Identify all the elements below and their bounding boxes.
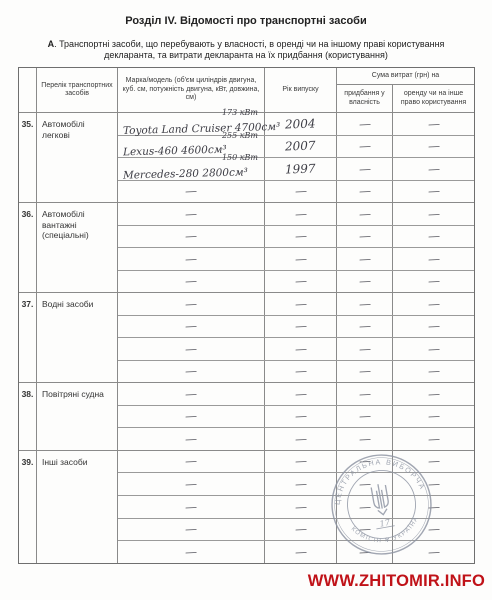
- page-title: Розділ IV. Відомості про транспортні зас…: [0, 15, 492, 27]
- year-handwritten: —: [294, 386, 307, 401]
- year-handwritten: —: [294, 454, 307, 469]
- row-number: 35.: [19, 113, 37, 202]
- model-handwritten: —: [185, 229, 198, 244]
- year-cell: —: [265, 181, 337, 203]
- cost-rent-handwritten: —: [427, 116, 440, 131]
- year-handwritten: —: [294, 251, 307, 266]
- model-handwritten: —: [185, 431, 198, 446]
- cost-ownership-cell: —: [337, 406, 393, 428]
- cost-ownership-handwritten: —: [358, 341, 371, 356]
- year-handwritten: —: [294, 477, 307, 492]
- cost-rent-cell: —: [393, 383, 474, 405]
- model-cell: —: [118, 203, 265, 225]
- year-cell: —: [265, 248, 337, 270]
- cost-ownership-cell: —: [337, 181, 393, 203]
- cost-rent-cell: —: [393, 338, 474, 360]
- cost-rent-handwritten: —: [427, 341, 440, 356]
- table-section: 36.Автомобілі вантажні (спеціальні)—————…: [19, 203, 474, 293]
- model-cell: —: [118, 338, 265, 360]
- vehicle-row: ————: [118, 338, 474, 361]
- year-cell: —: [265, 203, 337, 225]
- table-header: Перелік транспортних засобів Марка/модел…: [19, 68, 474, 113]
- model-cell: —: [118, 181, 265, 203]
- vehicle-row: ————: [118, 181, 474, 203]
- model-handwritten: —: [185, 274, 198, 289]
- model-cell: —: [118, 293, 265, 315]
- vehicle-category-label: Водні засоби: [37, 293, 118, 382]
- scanned-declaration-page: { "page": { "title": "Розділ IV. Відомос…: [0, 0, 492, 600]
- cost-ownership-cell: —: [337, 293, 393, 315]
- year-cell: —: [265, 361, 337, 383]
- subtitle-text: . Транспортні засоби, що перебувають у в…: [54, 39, 444, 60]
- model-handwritten: —: [185, 341, 198, 356]
- table-section: 38.Повітряні судна————————————: [19, 383, 474, 451]
- cost-rent-cell: —: [393, 158, 474, 180]
- cost-rent-cell: —: [393, 136, 474, 158]
- row-number: 38.: [19, 383, 37, 450]
- model-cell: —: [118, 226, 265, 248]
- cost-rent-handwritten: —: [427, 319, 440, 334]
- year-cell: —: [265, 406, 337, 428]
- year-handwritten: —: [294, 499, 307, 514]
- model-handwritten: —: [185, 477, 198, 492]
- stamp-number: 17: [379, 517, 392, 529]
- model-handwritten: —: [185, 454, 198, 469]
- model-cell: —: [118, 406, 265, 428]
- year-handwritten: 2004: [285, 116, 316, 131]
- model-cell: —: [118, 496, 265, 518]
- cost-ownership-handwritten: —: [358, 386, 371, 401]
- header-year: Рік випуску: [265, 68, 337, 112]
- cost-ownership-cell: —: [337, 248, 393, 270]
- site-watermark: WWW.ZHITOMIR.INFO: [308, 572, 485, 591]
- year-handwritten: —: [294, 296, 307, 311]
- model-handwritten: —: [185, 364, 198, 379]
- year-cell: 2007: [265, 136, 337, 158]
- cost-ownership-handwritten: —: [358, 206, 371, 221]
- cost-rent-handwritten: —: [427, 454, 440, 469]
- model-handwritten: —: [185, 522, 198, 537]
- year-handwritten: —: [294, 184, 307, 199]
- cost-rent-handwritten: —: [427, 409, 440, 424]
- cost-rent-handwritten: —: [427, 206, 440, 221]
- year-cell: —: [265, 271, 337, 293]
- year-handwritten: —: [294, 319, 307, 334]
- model-cell: —: [118, 271, 265, 293]
- cost-ownership-cell: —: [337, 361, 393, 383]
- header-sum-rent: оренду чи на інше право користування: [393, 85, 474, 112]
- year-cell: —: [265, 226, 337, 248]
- cost-ownership-handwritten: —: [358, 184, 371, 199]
- model-cell: —: [118, 361, 265, 383]
- model-handwritten: —: [185, 184, 198, 199]
- cost-rent-cell: —: [393, 226, 474, 248]
- cost-ownership-handwritten: —: [358, 296, 371, 311]
- official-round-stamp: ЦЕНТРАЛЬНА ВИБОРЧА КОМІСІЯ ✻ УКРАЇНА 17: [322, 445, 441, 564]
- cost-rent-cell: —: [393, 428, 474, 450]
- model-handwritten: —: [185, 206, 198, 221]
- cost-ownership-cell: —: [337, 113, 393, 135]
- vehicle-row: ————: [118, 406, 474, 429]
- cost-rent-handwritten: —: [427, 364, 440, 379]
- header-number-col: [19, 68, 37, 112]
- vehicle-category-label: Автомобілі вантажні (спеціальні): [37, 203, 118, 292]
- year-handwritten: —: [294, 229, 307, 244]
- cost-ownership-cell: —: [337, 271, 393, 293]
- cost-rent-handwritten: —: [427, 431, 440, 446]
- cost-rent-cell: —: [393, 316, 474, 338]
- model-handwritten: Mercedes-280 2800см³: [123, 166, 248, 181]
- vehicle-row: ————: [118, 248, 474, 271]
- model-handwritten: —: [185, 409, 198, 424]
- cost-ownership-cell: —: [337, 158, 393, 180]
- header-vehicle-list: Перелік транспортних засобів: [37, 68, 118, 112]
- cost-rent-cell: —: [393, 293, 474, 315]
- cost-ownership-handwritten: —: [358, 409, 371, 424]
- table-section: 35.Автомобілі легковіToyota Land Cruiser…: [19, 113, 474, 203]
- cost-rent-handwritten: —: [427, 139, 440, 154]
- row-number: 37.: [19, 293, 37, 382]
- vehicle-row: ————: [118, 203, 474, 226]
- engine-power-note: 255 кВт: [222, 131, 258, 140]
- model-handwritten: —: [185, 545, 198, 560]
- model-cell: —: [118, 316, 265, 338]
- year-handwritten: —: [294, 341, 307, 356]
- year-cell: —: [265, 496, 337, 518]
- header-sum-group: Сума витрат (грн) на: [337, 68, 474, 85]
- cost-ownership-handwritten: —: [358, 251, 371, 266]
- vehicle-category-label: Повітряні судна: [37, 383, 118, 450]
- cost-rent-cell: —: [393, 271, 474, 293]
- model-cell: Mercedes-280 2800см³150 кВт: [118, 158, 265, 180]
- engine-power-note: 150 кВт: [222, 153, 258, 162]
- vehicle-row: ————: [118, 316, 474, 339]
- cost-rent-handwritten: —: [427, 184, 440, 199]
- year-handwritten: —: [294, 206, 307, 221]
- year-cell: —: [265, 316, 337, 338]
- cost-ownership-handwritten: —: [358, 116, 371, 131]
- row-number: 39.: [19, 451, 37, 564]
- year-cell: —: [265, 338, 337, 360]
- vehicle-row: ————: [118, 293, 474, 316]
- year-handwritten: 2007: [285, 139, 316, 154]
- cost-ownership-cell: —: [337, 428, 393, 450]
- model-handwritten: Lexus-460 4600см³: [123, 144, 227, 159]
- vehicle-row: ————: [118, 383, 474, 406]
- year-handwritten: —: [294, 522, 307, 537]
- cost-rent-cell: —: [393, 203, 474, 225]
- model-handwritten: —: [185, 499, 198, 514]
- vehicle-subrows: ————————————: [118, 383, 474, 450]
- model-cell: —: [118, 473, 265, 495]
- vehicle-row: Toyota Land Cruiser 4700см³173 кВт2004——: [118, 113, 474, 136]
- model-handwritten: —: [185, 386, 198, 401]
- vehicle-row: ————: [118, 361, 474, 383]
- vehicle-subrows: Toyota Land Cruiser 4700см³173 кВт2004——…: [118, 113, 474, 202]
- cost-ownership-cell: —: [337, 226, 393, 248]
- header-sum-own: придбання у власність: [337, 85, 393, 112]
- cost-rent-cell: —: [393, 181, 474, 203]
- year-handwritten: —: [294, 545, 307, 560]
- cost-ownership-handwritten: —: [358, 274, 371, 289]
- model-handwritten: —: [185, 319, 198, 334]
- cost-rent-cell: —: [393, 361, 474, 383]
- cost-rent-handwritten: —: [427, 229, 440, 244]
- model-cell: —: [118, 541, 265, 563]
- cost-rent-handwritten: —: [427, 274, 440, 289]
- cost-rent-cell: —: [393, 406, 474, 428]
- trident-emblem-icon: [371, 483, 391, 516]
- year-cell: 1997: [265, 158, 337, 180]
- model-handwritten: —: [185, 251, 198, 266]
- year-handwritten: —: [294, 364, 307, 379]
- cost-ownership-cell: —: [337, 383, 393, 405]
- stamp-arc-top-text: ЦЕНТРАЛЬНА ВИБОРЧА: [326, 450, 428, 507]
- year-handwritten: —: [294, 274, 307, 289]
- model-cell: —: [118, 451, 265, 473]
- page-subtitle: А. Транспортні засоби, що перебувають у …: [26, 39, 466, 61]
- year-cell: —: [265, 519, 337, 541]
- cost-ownership-handwritten: —: [358, 431, 371, 446]
- year-cell: —: [265, 293, 337, 315]
- engine-power-note: 173 кВт: [222, 108, 258, 117]
- table-section: 37.Водні засоби————————————————: [19, 293, 474, 383]
- cost-ownership-handwritten: —: [358, 319, 371, 334]
- cost-ownership-cell: —: [337, 338, 393, 360]
- model-handwritten: —: [185, 296, 198, 311]
- cost-rent-handwritten: —: [427, 296, 440, 311]
- svg-text:ЦЕНТРАЛЬНА ВИБОРЧА: ЦЕНТРАЛЬНА ВИБОРЧА: [326, 450, 428, 507]
- vehicle-row: ————: [118, 226, 474, 249]
- year-handwritten: 1997: [285, 161, 316, 176]
- model-cell: —: [118, 519, 265, 541]
- vehicle-category-label: Автомобілі легкові: [37, 113, 118, 202]
- cost-ownership-handwritten: —: [358, 139, 371, 154]
- vehicle-subrows: ————————————————: [118, 203, 474, 292]
- cost-rent-handwritten: —: [427, 386, 440, 401]
- cost-ownership-cell: —: [337, 316, 393, 338]
- cost-ownership-handwritten: —: [358, 229, 371, 244]
- model-cell: —: [118, 248, 265, 270]
- year-cell: —: [265, 428, 337, 450]
- cost-ownership-handwritten: —: [358, 161, 371, 176]
- cost-ownership-cell: —: [337, 136, 393, 158]
- vehicle-row: ————: [118, 271, 474, 293]
- cost-rent-cell: —: [393, 248, 474, 270]
- cost-ownership-cell: —: [337, 203, 393, 225]
- year-handwritten: —: [294, 431, 307, 446]
- vehicle-row: Lexus-460 4600см³255 кВт2007——: [118, 136, 474, 159]
- vehicle-row: Mercedes-280 2800см³150 кВт1997——: [118, 158, 474, 181]
- vehicle-subrows: ————————————————: [118, 293, 474, 382]
- header-make-model: Марка/модель (об'єм циліндрів двигуна, к…: [118, 68, 265, 112]
- row-number: 36.: [19, 203, 37, 292]
- cost-rent-handwritten: —: [427, 161, 440, 176]
- year-cell: —: [265, 541, 337, 563]
- cost-rent-cell: —: [393, 113, 474, 135]
- year-handwritten: —: [294, 409, 307, 424]
- vehicle-category-label: Інші засоби: [37, 451, 118, 564]
- model-cell: —: [118, 383, 265, 405]
- year-cell: —: [265, 383, 337, 405]
- model-cell: —: [118, 428, 265, 450]
- cost-rent-handwritten: —: [427, 251, 440, 266]
- cost-ownership-handwritten: —: [358, 364, 371, 379]
